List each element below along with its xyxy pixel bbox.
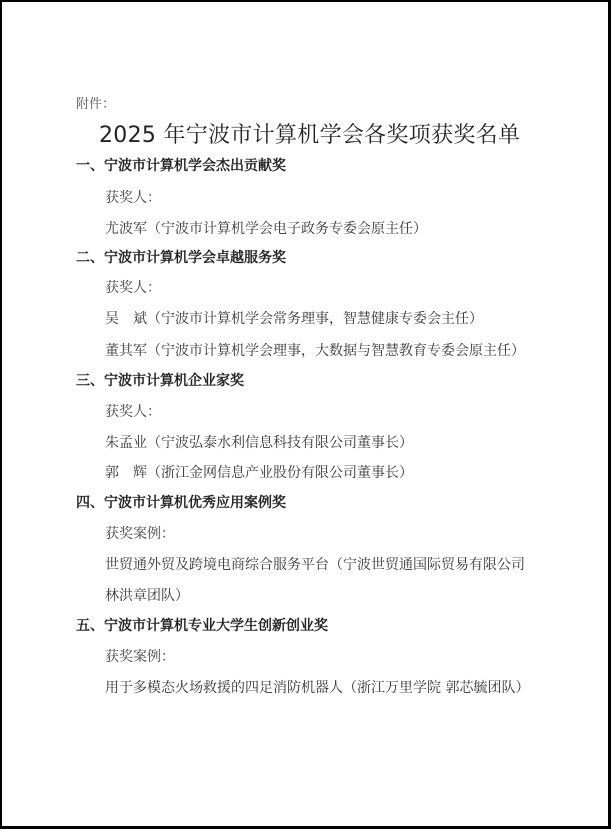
document-page: 附件： 2025 年宁波市计算机学会各奖项获奖名单 一、宁波市计算机学会杰出贡献…: [0, 0, 611, 829]
section-sublabel-3: 获奖人：: [105, 401, 161, 421]
award-entry: 用于多模态火场救援的四足消防机器人（浙江万里学院 郭芯毓团队）: [105, 677, 529, 697]
section-sublabel-4: 获奖案例：: [105, 523, 175, 543]
award-entry: 董其军（宁波市计算机学会理事，大数据与智慧教育专委会原主任）: [105, 340, 525, 360]
document-title: 2025 年宁波市计算机学会各奖项获奖名单: [99, 118, 520, 149]
attachment-label: 附件：: [76, 93, 115, 112]
section-heading-4: 四、宁波市计算机优秀应用案例奖: [76, 492, 286, 512]
award-entry: 世贸通外贸及跨境电商综合服务平台（宁波世贸通国际贸易有限公司: [105, 554, 525, 574]
section-heading-3: 三、宁波市计算机企业家奖: [76, 370, 244, 390]
award-entry: 朱孟业（宁波弘泰水利信息科技有限公司董事长）: [105, 432, 413, 452]
section-sublabel-5: 获奖案例：: [105, 646, 175, 666]
section-heading-1: 一、宁波市计算机学会杰出贡献奖: [76, 155, 286, 175]
section-sublabel-1: 获奖人：: [105, 187, 161, 207]
section-heading-2: 二、宁波市计算机学会卓越服务奖: [76, 247, 286, 267]
award-entry: 尤波军（宁波市计算机学会电子政务专委会原主任）: [105, 218, 427, 238]
section-heading-5: 五、宁波市计算机专业大学生创新创业奖: [76, 615, 328, 635]
award-entry: 吴 斌（宁波市计算机学会常务理事，智慧健康专委会主任）: [105, 308, 483, 328]
award-entry: 郭 辉（浙江金网信息产业股份有限公司董事长）: [105, 462, 413, 482]
section-sublabel-2: 获奖人：: [105, 277, 161, 297]
award-entry-continuation: 林洪章团队）: [105, 585, 189, 605]
